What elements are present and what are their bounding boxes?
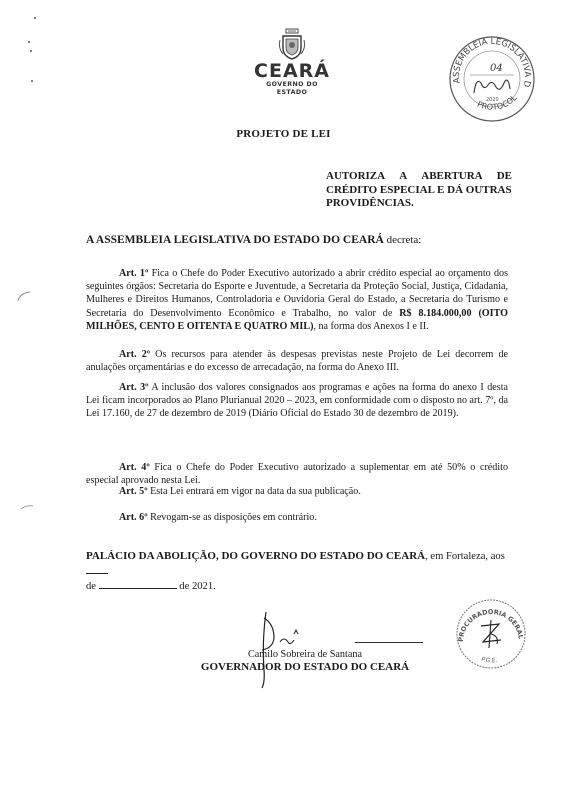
stamp-year: 2020 bbox=[486, 97, 499, 103]
decree-statement: A ASSEMBLEIA LEGISLATIVA DO ESTADO DO CE… bbox=[86, 234, 421, 246]
signer-role: GOVERNADOR DO ESTADO DO CEARÁ bbox=[200, 661, 410, 674]
scan-speck bbox=[31, 80, 33, 82]
stamp-ring-top-text: ASSEMBLEIA LEGISLATIVA DO CEARÁ bbox=[448, 35, 532, 88]
margin-mark bbox=[16, 290, 32, 302]
article-label: Art. 1º bbox=[119, 268, 148, 279]
margin-mark bbox=[20, 504, 34, 510]
brand-subtitle: GOVERNO DO ESTADO bbox=[252, 81, 332, 97]
article-2: Art. 2º Os recursos para atender às desp… bbox=[86, 348, 508, 374]
decree-authority: A ASSEMBLEIA LEGISLATIVA DO ESTADO DO CE… bbox=[86, 234, 384, 246]
article-5: Art. 5º Esta Lei entrará em vigor na dat… bbox=[86, 485, 508, 498]
article-4: Art. 4º Fica o Chefe do Poder Executivo … bbox=[86, 461, 508, 487]
article-6: Art. 6º Revogam-se as disposições em con… bbox=[86, 511, 508, 524]
closing-dateline: PALÁCIO DA ABOLIÇÃO, DO GOVERNO DO ESTAD… bbox=[86, 549, 511, 594]
article-label: Art. 6º bbox=[119, 512, 148, 523]
document-title: PROJETO DE LEI bbox=[0, 128, 567, 140]
article-label: Art. 5º bbox=[119, 486, 148, 497]
law-summary-line-1: AUTORIZA A ABERTURA DE bbox=[326, 170, 512, 184]
brand-wordmark: CEARÁ bbox=[252, 61, 332, 81]
scan-speck bbox=[28, 41, 30, 43]
article-label: Art. 3º bbox=[119, 382, 148, 393]
scan-speck bbox=[34, 17, 36, 19]
svg-text:ASSEMBLEIA LEGISLATIVA DO CEAR: ASSEMBLEIA LEGISLATIVA DO CEARÁ bbox=[448, 35, 532, 88]
signer-block: Camilo Sobreira de Santana GOVERNADOR DO… bbox=[200, 648, 410, 674]
protocol-stamp: ASSEMBLEIA LEGISLATIVA DO CEARÁ PROTOCOL… bbox=[448, 35, 536, 123]
svg-text:P.G.E.: P.G.E. bbox=[480, 656, 498, 665]
palace-name: PALÁCIO DA ABOLIÇÃO, DO GOVERNO DO ESTAD… bbox=[86, 550, 425, 562]
signer-name: Camilo Sobreira de Santana bbox=[200, 648, 410, 661]
law-summary: AUTORIZA A ABERTURA DE CRÉDITO ESPECIAL … bbox=[326, 170, 512, 211]
pge-ring-bottom-text: P.G.E. bbox=[480, 656, 498, 665]
ceara-government-logo: CEARÁ GOVERNO DO ESTADO bbox=[252, 28, 332, 97]
scan-speck bbox=[30, 50, 32, 52]
stamp-handwritten-number: 04 bbox=[490, 63, 503, 74]
article-label: Art. 4º bbox=[119, 462, 150, 473]
article-label: Art. 2º bbox=[119, 349, 150, 360]
attorney-general-stamp: PROCURADORIA GERAL DO ESTADO P.G.E. bbox=[455, 598, 527, 670]
month-blank bbox=[99, 579, 177, 589]
signature-line bbox=[355, 642, 423, 643]
day-blank bbox=[86, 564, 108, 574]
article-1: Art. 1º Fica o Chefe do Poder Executivo … bbox=[86, 267, 508, 333]
document-page: CEARÁ GOVERNO DO ESTADO ASSEMBLEIA LEGIS… bbox=[0, 0, 567, 803]
law-summary-line-2: CRÉDITO ESPECIAL E DÁ OUTRAS bbox=[326, 184, 512, 198]
law-summary-line-3: PROVIDÊNCIAS. bbox=[326, 197, 512, 211]
article-3: Art. 3º A inclusão dos valores consignad… bbox=[86, 381, 508, 421]
state-coat-of-arms-icon bbox=[277, 28, 307, 60]
